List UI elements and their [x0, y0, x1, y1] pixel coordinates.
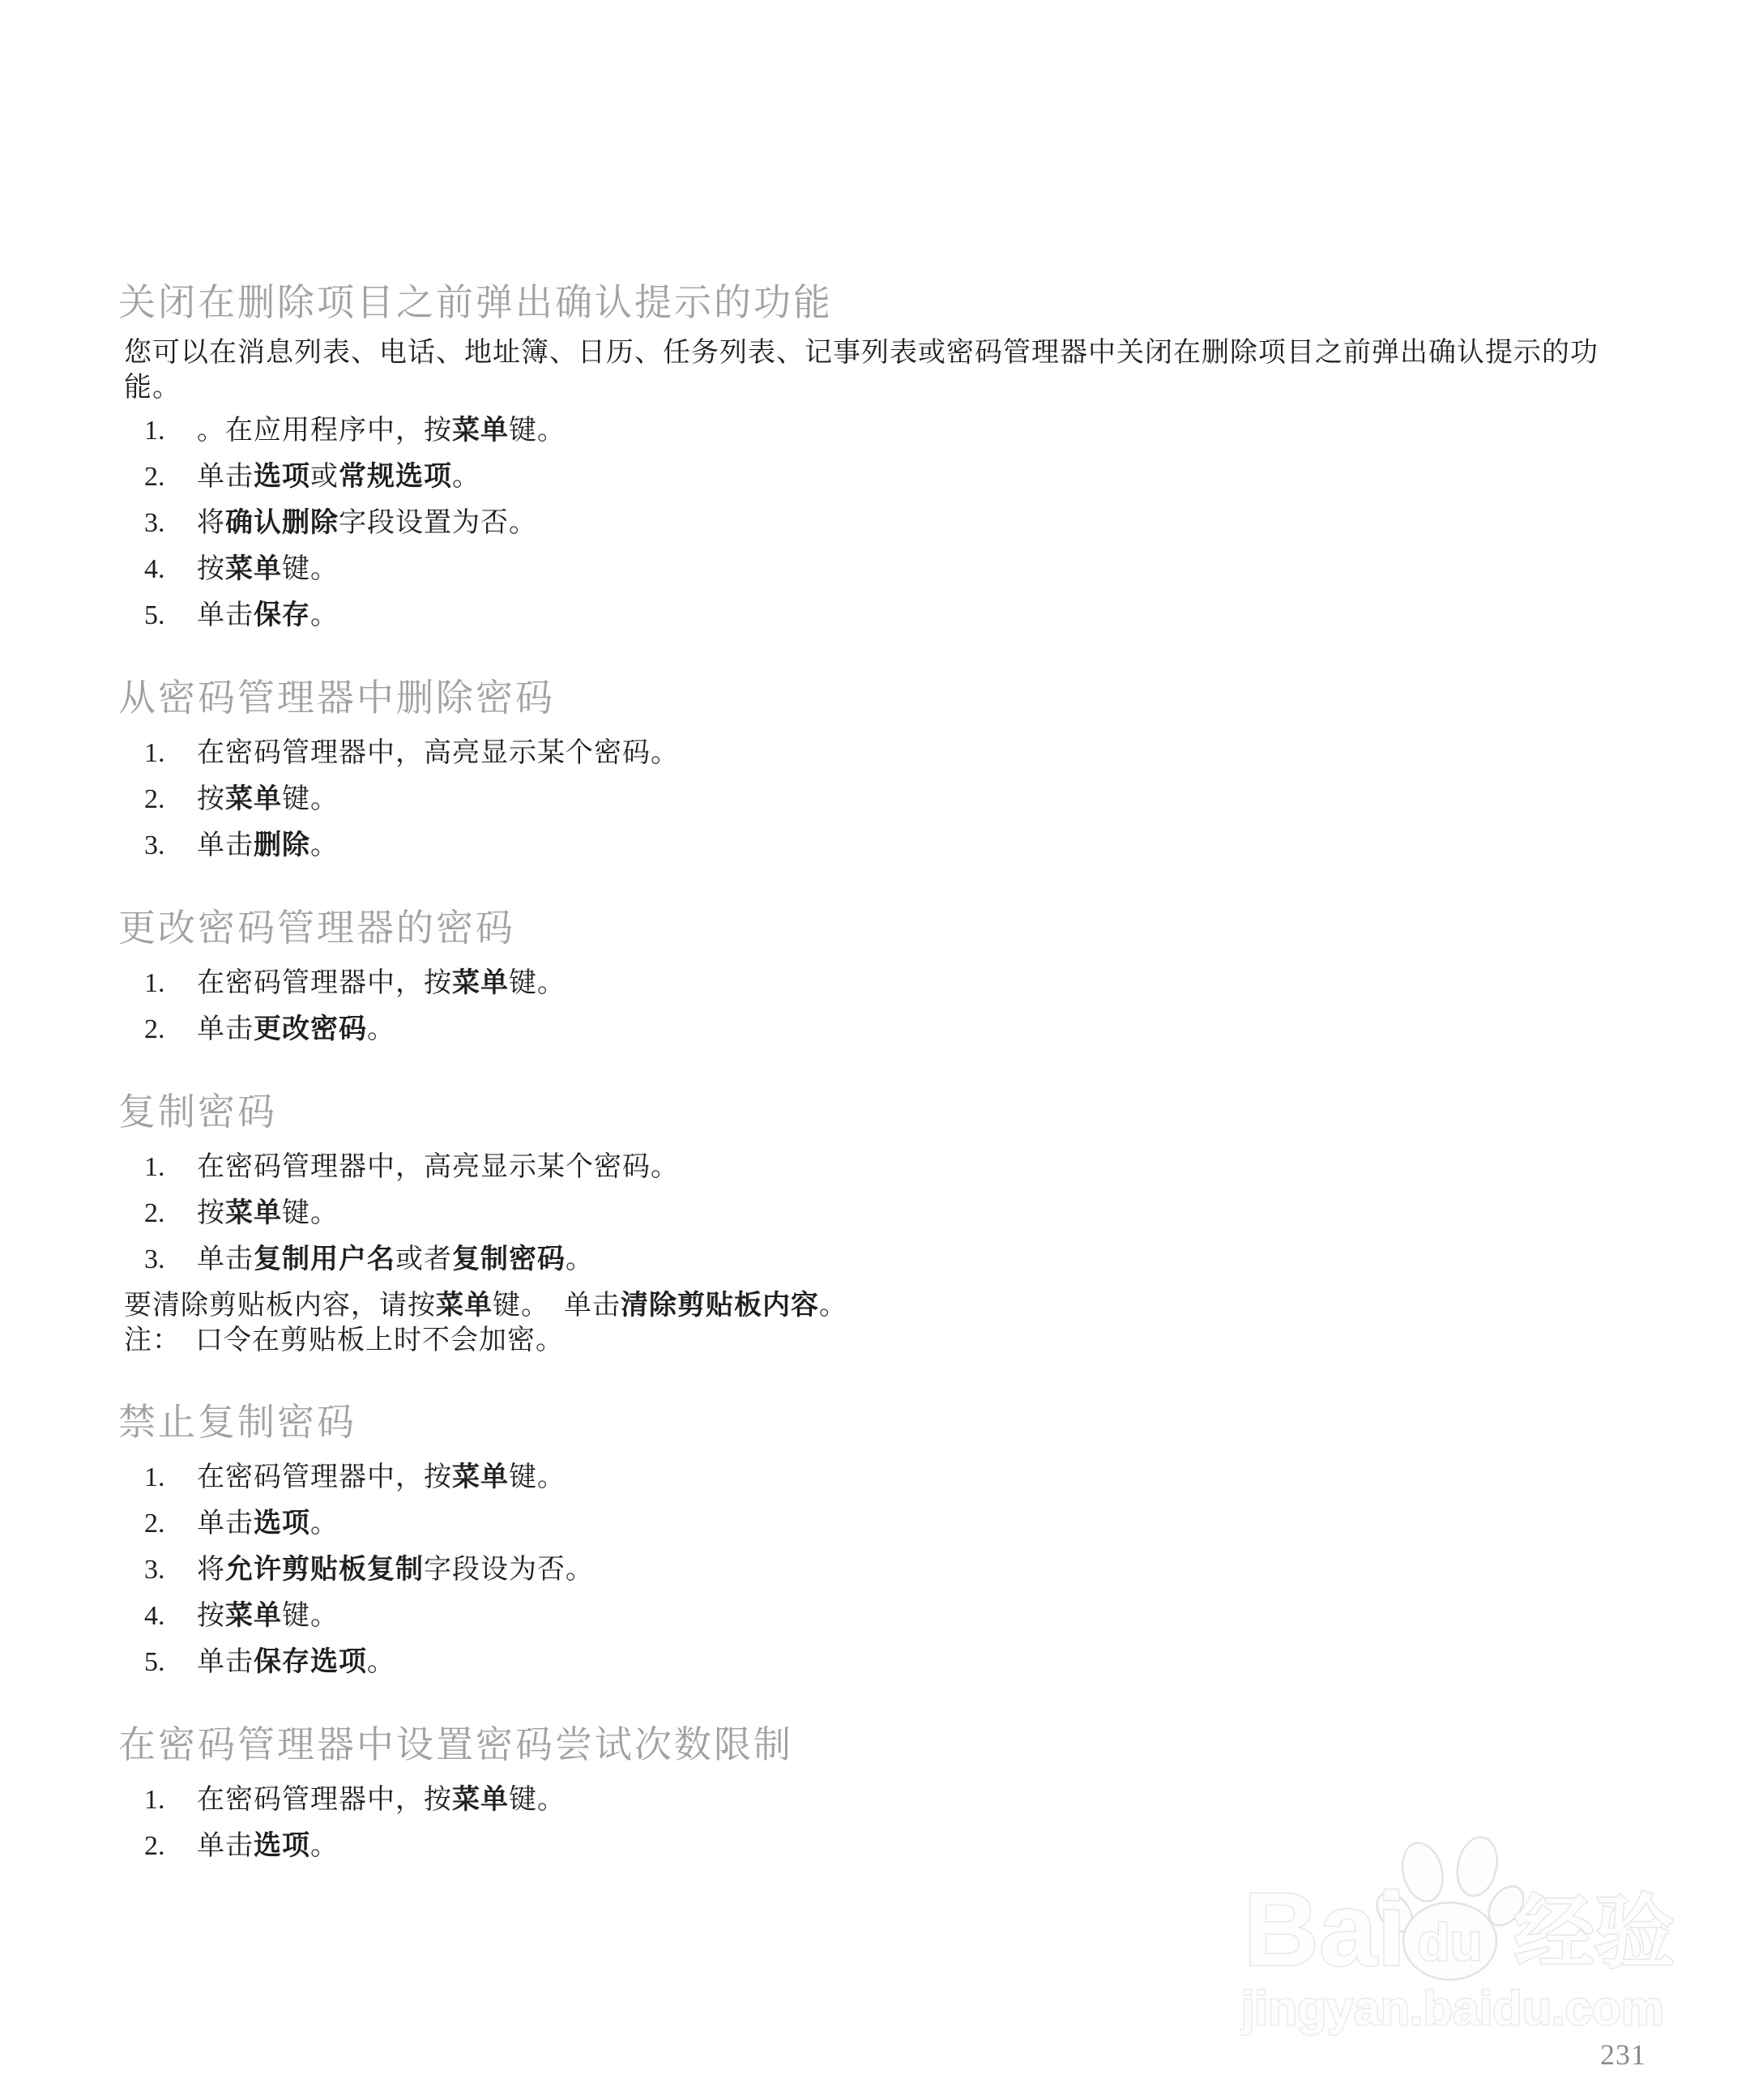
text-run: 菜单 [452, 1785, 509, 1815]
text-run: 单击 [197, 600, 254, 630]
list-item-number: 2. [144, 1506, 197, 1542]
text-run: 单击 [197, 1014, 254, 1044]
numbered-list: 1.。在应用程序中，按菜单键。2.单击选项或常规选项。3.将确认删除字段设置为否… [118, 413, 1641, 634]
list-item: 3.将允许剪贴板复制字段设为否。 [144, 1552, 1641, 1588]
text-run: 。 [310, 600, 339, 630]
list-item-text: 单击保存选项。 [197, 1645, 1641, 1680]
list-item-text: 在密码管理器中，按菜单键。 [197, 1460, 1641, 1496]
section-heading: 从密码管理器中删除密码 [118, 677, 1641, 719]
text-run: 单击 [197, 1509, 254, 1539]
text-run: 单击 [197, 1831, 254, 1861]
page-number: 231 [1600, 2038, 1646, 2072]
section: 复制密码1.在密码管理器中，高亮显示某个密码。2.按菜单键。3.单击复制用户名或… [118, 1091, 1641, 1358]
section-heading: 在密码管理器中设置密码尝试次数限制 [118, 1724, 1641, 1766]
text-run: 键。 [509, 1785, 566, 1815]
text-run: 。 [819, 1291, 847, 1321]
list-item-number: 2. [144, 1829, 197, 1864]
list-item-number: 1. [144, 1460, 197, 1496]
text-run: 键。 [282, 1601, 339, 1631]
numbered-list: 1.在密码管理器中，按菜单键。2.单击更改密码。 [118, 966, 1641, 1048]
list-item-number: 2. [144, 782, 197, 817]
list-item-number: 2. [144, 459, 197, 495]
text-run: 复制密码 [452, 1244, 566, 1274]
list-item: 1.在密码管理器中，按菜单键。 [144, 1460, 1641, 1496]
list-item-text: 按菜单键。 [197, 552, 1641, 587]
list-item-text: 将确认删除字段设置为否。 [197, 506, 1641, 541]
text-run: 将 [197, 1555, 225, 1585]
list-item-number: 4. [144, 1598, 197, 1634]
section-after-paragraph: 要清除剪贴板内容，请按菜单键。 单击清除剪贴板内容。 [124, 1288, 1641, 1323]
section-heading: 更改密码管理器的密码 [118, 907, 1641, 950]
section: 从密码管理器中删除密码1.在密码管理器中，高亮显示某个密码。2.按菜单键。3.单… [118, 677, 1641, 864]
text-run: 字段设为否。 [424, 1555, 594, 1585]
text-run: 键。 [282, 554, 339, 584]
text-run: 键。 [282, 784, 339, 814]
list-item: 3.单击删除。 [144, 828, 1641, 864]
list-item: 2.单击更改密码。 [144, 1012, 1641, 1048]
text-run: 在密码管理器中，高亮显示某个密码。 [197, 738, 679, 768]
text-run: 。 [367, 1647, 395, 1677]
watermark-du-text: du [1418, 1913, 1483, 1972]
list-item-number: 5. [144, 1645, 197, 1680]
text-run: 菜单 [225, 1198, 282, 1228]
text-run: 菜单 [436, 1291, 493, 1321]
list-item: 5.单击保存。 [144, 598, 1641, 634]
text-run: 确认删除 [225, 508, 339, 538]
list-item-text: 在密码管理器中，按菜单键。 [197, 966, 1641, 1001]
section: 更改密码管理器的密码1.在密码管理器中，按菜单键。2.单击更改密码。 [118, 907, 1641, 1048]
text-run: 选项 [254, 462, 310, 492]
text-run: 在密码管理器中，高亮显示某个密码。 [197, 1152, 679, 1182]
text-run: 。 [310, 1509, 339, 1539]
sections: 关闭在删除项目之前弹出确认提示的功能您可以在消息列表、电话、地址簿、日历、任务列… [118, 282, 1641, 1875]
section-heading: 禁止复制密码 [118, 1402, 1641, 1444]
section-intro: 您可以在消息列表、电话、地址簿、日历、任务列表、记事列表或密码管理器中关闭在删除… [124, 335, 1619, 405]
baidu-jingyan-logo: Bai du 经验 jingyan.baidu.com [1240, 1829, 1677, 2042]
list-item: 4.按菜单键。 [144, 1598, 1641, 1634]
list-item-number: 1. [144, 1782, 197, 1818]
list-item: 5.单击保存选项。 [144, 1645, 1641, 1680]
list-item-text: 单击更改密码。 [197, 1012, 1641, 1048]
text-run: 允许剪贴板复制 [225, 1555, 424, 1585]
text-run: 单击 [197, 1244, 254, 1274]
text-run: 键。 单击 [493, 1291, 621, 1321]
text-run: 。 [310, 1831, 339, 1861]
list-item: 1.在密码管理器中，高亮显示某个密码。 [144, 1150, 1641, 1185]
text-run: 。 [367, 1014, 395, 1044]
list-item: 1.在密码管理器中，高亮显示某个密码。 [144, 736, 1641, 771]
list-item: 2.按菜单键。 [144, 782, 1641, 817]
text-run: 键。 [509, 1462, 566, 1492]
text-run: 。 [452, 462, 480, 492]
list-item-text: 在密码管理器中，高亮显示某个密码。 [197, 1150, 1641, 1185]
text-run: 。 [310, 830, 339, 860]
text-run: 单击 [197, 1647, 254, 1677]
list-item-text: 按菜单键。 [197, 1598, 1641, 1634]
text-run: 更改密码 [254, 1014, 367, 1044]
list-item-text: 按菜单键。 [197, 782, 1641, 817]
list-item-text: 在密码管理器中，高亮显示某个密码。 [197, 736, 1641, 771]
text-run: 注： [124, 1325, 167, 1355]
text-run: 在密码管理器中，按 [197, 1462, 452, 1492]
text-run: 保存 [254, 600, 310, 630]
text-run: 常规选项 [339, 462, 452, 492]
list-item-text: 将允许剪贴板复制字段设为否。 [197, 1552, 1641, 1588]
text-run: 键。 [509, 416, 566, 446]
watermark-site-url: jingyan.baidu.com [1240, 1981, 1664, 2035]
list-item-number: 1. [144, 413, 197, 449]
list-item: 4.按菜单键。 [144, 552, 1641, 587]
section-note: 注： 口令在剪贴板上时不会加密。 [124, 1323, 1641, 1358]
list-item-number: 2. [144, 1012, 197, 1048]
list-item-text: 在密码管理器中，按菜单键。 [197, 1782, 1641, 1818]
watermark-jingyan-text: 经验 [1514, 1888, 1675, 1978]
text-run: 要清除剪贴板内容，请按 [124, 1291, 436, 1321]
text-run: 保存选项 [254, 1647, 367, 1677]
text-run: 菜单 [225, 554, 282, 584]
list-item: 1.。在应用程序中，按菜单键。 [144, 413, 1641, 449]
list-item-text: 单击选项或常规选项。 [197, 459, 1641, 495]
list-item-text: 单击复制用户名或者复制密码。 [197, 1242, 1641, 1278]
list-item: 2.单击选项或常规选项。 [144, 459, 1641, 495]
list-item-number: 4. [144, 552, 197, 587]
list-item-number: 1. [144, 1150, 197, 1185]
text-run: 菜单 [225, 1601, 282, 1631]
list-item: 3.单击复制用户名或者复制密码。 [144, 1242, 1641, 1278]
list-item-text: 。在应用程序中，按菜单键。 [197, 413, 1641, 449]
list-item-number: 2. [144, 1196, 197, 1231]
list-item-number: 3. [144, 506, 197, 541]
text-run: 。 [566, 1244, 594, 1274]
text-run: 。在应用程序中，按 [197, 416, 452, 446]
text-run: 选项 [254, 1509, 310, 1539]
text-run: 口令在剪贴板上时不会加密。 [167, 1325, 564, 1355]
text-run: 按 [197, 784, 225, 814]
numbered-list: 1.在密码管理器中，高亮显示某个密码。2.按菜单键。3.单击删除。 [118, 736, 1641, 864]
text-run: 菜单 [452, 1462, 509, 1492]
list-item-number: 5. [144, 598, 197, 634]
text-run: 单击 [197, 462, 254, 492]
text-run: 在密码管理器中，按 [197, 968, 452, 998]
list-item: 1.在密码管理器中，按菜单键。 [144, 966, 1641, 1001]
list-item-number: 3. [144, 828, 197, 864]
text-run: 您可以在消息列表、电话、地址簿、日历、任务列表、记事列表或密码管理器中关闭在删除… [124, 338, 1598, 403]
list-item-text: 单击保存。 [197, 598, 1641, 634]
section-heading: 复制密码 [118, 1091, 1641, 1133]
list-item-text: 单击选项。 [197, 1506, 1641, 1542]
text-run: 菜单 [225, 784, 282, 814]
list-item-number: 3. [144, 1552, 197, 1588]
list-item-number: 1. [144, 736, 197, 771]
text-run: 按 [197, 1601, 225, 1631]
list-item: 2.单击选项。 [144, 1506, 1641, 1542]
text-run: 在密码管理器中，按 [197, 1785, 452, 1815]
list-item-text: 单击删除。 [197, 828, 1641, 864]
text-run: 按 [197, 554, 225, 584]
list-item: 1.在密码管理器中，按菜单键。 [144, 1782, 1641, 1818]
list-item-text: 按菜单键。 [197, 1196, 1641, 1231]
numbered-list: 1.在密码管理器中，高亮显示某个密码。2.按菜单键。3.单击复制用户名或者复制密… [118, 1150, 1641, 1278]
text-run: 单击 [197, 830, 254, 860]
manual-page: 关闭在删除项目之前弹出确认提示的功能您可以在消息列表、电话、地址簿、日历、任务列… [0, 0, 1750, 2100]
text-run: 复制用户名 [254, 1244, 395, 1274]
section: 关闭在删除项目之前弹出确认提示的功能您可以在消息列表、电话、地址簿、日历、任务列… [118, 282, 1641, 634]
list-item-number: 1. [144, 966, 197, 1001]
text-run: 将 [197, 508, 225, 538]
text-run: 删除 [254, 830, 310, 860]
watermark-bai-text: Bai [1244, 1872, 1406, 1988]
text-run: 键。 [509, 968, 566, 998]
text-run: 选项 [254, 1831, 310, 1861]
text-run: 键。 [282, 1198, 339, 1228]
list-item: 3.将确认删除字段设置为否。 [144, 506, 1641, 541]
text-run: 或者 [395, 1244, 452, 1274]
list-item-number: 3. [144, 1242, 197, 1278]
text-run: 菜单 [452, 968, 509, 998]
text-run: 菜单 [452, 416, 509, 446]
baidu-jingyan-watermark: Bai du 经验 jingyan.baidu.com [1240, 1829, 1677, 2042]
text-run: 或 [310, 462, 339, 492]
section-heading: 关闭在删除项目之前弹出确认提示的功能 [118, 282, 1641, 324]
numbered-list: 1.在密码管理器中，按菜单键。2.单击选项。3.将允许剪贴板复制字段设为否。4.… [118, 1460, 1641, 1680]
text-run: 字段设置为否。 [339, 508, 537, 538]
section: 禁止复制密码1.在密码管理器中，按菜单键。2.单击选项。3.将允许剪贴板复制字段… [118, 1402, 1641, 1680]
text-run: 按 [197, 1198, 225, 1228]
list-item: 2.按菜单键。 [144, 1196, 1641, 1231]
text-run: 清除剪贴板内容 [621, 1291, 819, 1321]
